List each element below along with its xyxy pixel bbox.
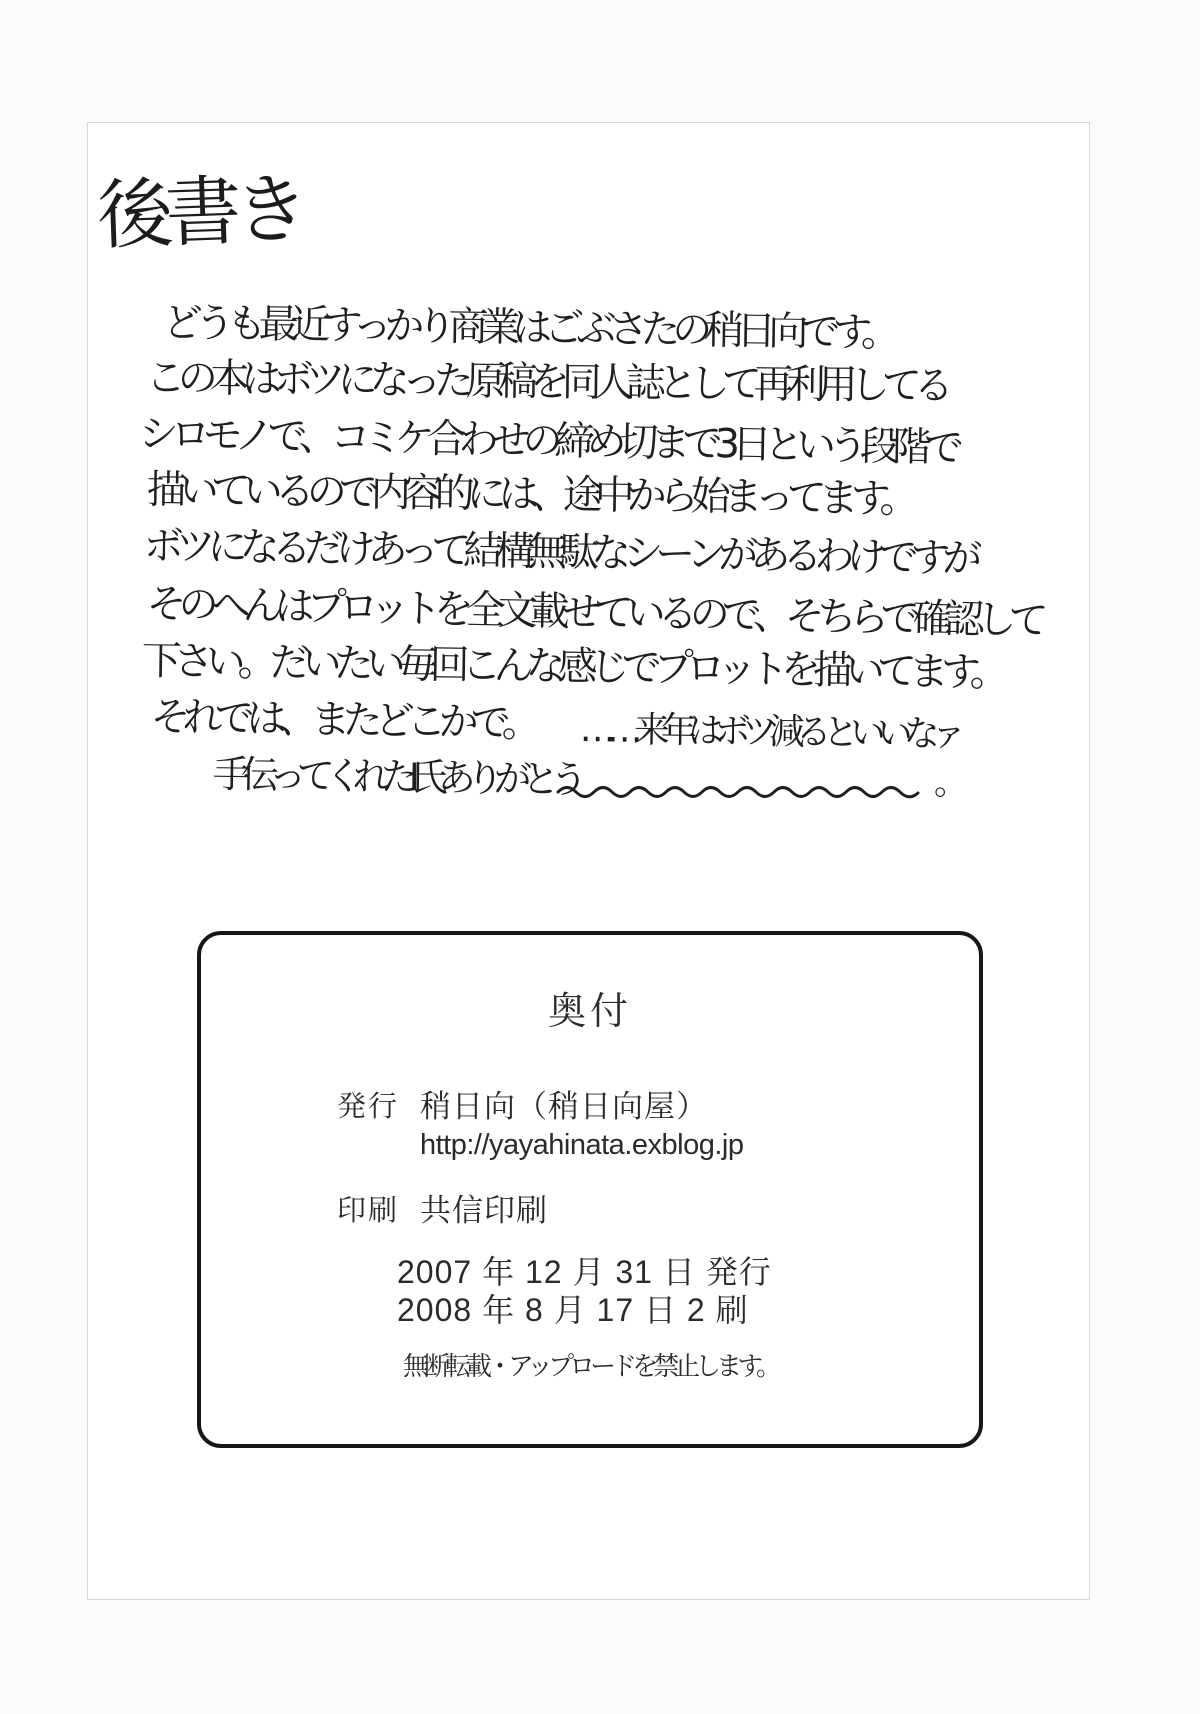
afterword-line: それでは、またどこかで。 bbox=[150, 697, 534, 744]
afterword-line: この本はボツになった原稿を同人誌として再利用してる bbox=[146, 358, 946, 406]
publisher-url: http://yayahinata.exblog.jp bbox=[420, 1128, 743, 1163]
printer-name: 共信印刷 bbox=[420, 1192, 548, 1229]
afterword-title: 後書き bbox=[96, 171, 303, 254]
afterword-line: どうも最近すっかり商業はごぶさたの稍日向です。 bbox=[162, 303, 893, 353]
publisher-name: 稍日向（稍日向屋） bbox=[420, 1088, 708, 1125]
colophon-title: 奥付 bbox=[201, 990, 979, 1036]
afterword-line: 描いているので内容的には、途中から始まってます。 bbox=[147, 470, 912, 519]
scanned-page: 後書き どうも最近すっかり商業はごぶさたの稍日向です。 この本はボツになった原稿… bbox=[0, 0, 1200, 1714]
squiggle-end-mark: 。 bbox=[934, 766, 968, 800]
afterword-aside: ……来年はボツ減るといいなァ bbox=[579, 712, 957, 753]
first-printing-date: 2007 年 12 月 31 日 発行 bbox=[397, 1253, 772, 1291]
printer-label: 印刷 bbox=[337, 1194, 399, 1229]
afterword-thanks-line: 手伝ってくれたI氏ありがとう bbox=[212, 755, 578, 799]
second-printing-date: 2008 年 8 月 17 日 2 刷 bbox=[397, 1291, 749, 1329]
reproduction-notice: 無断転載・アップロードを禁止します。 bbox=[201, 1351, 979, 1382]
afterword-line: 下さい。だいたい毎回こんな感じでプロットを描いてます。 bbox=[141, 641, 1001, 693]
handwritten-squiggle bbox=[556, 770, 928, 818]
publisher-label: 発行 bbox=[337, 1090, 399, 1125]
colophon-box: 奥付 発行 稍日向（稍日向屋） http://yayahinata.exblog… bbox=[197, 931, 983, 1448]
